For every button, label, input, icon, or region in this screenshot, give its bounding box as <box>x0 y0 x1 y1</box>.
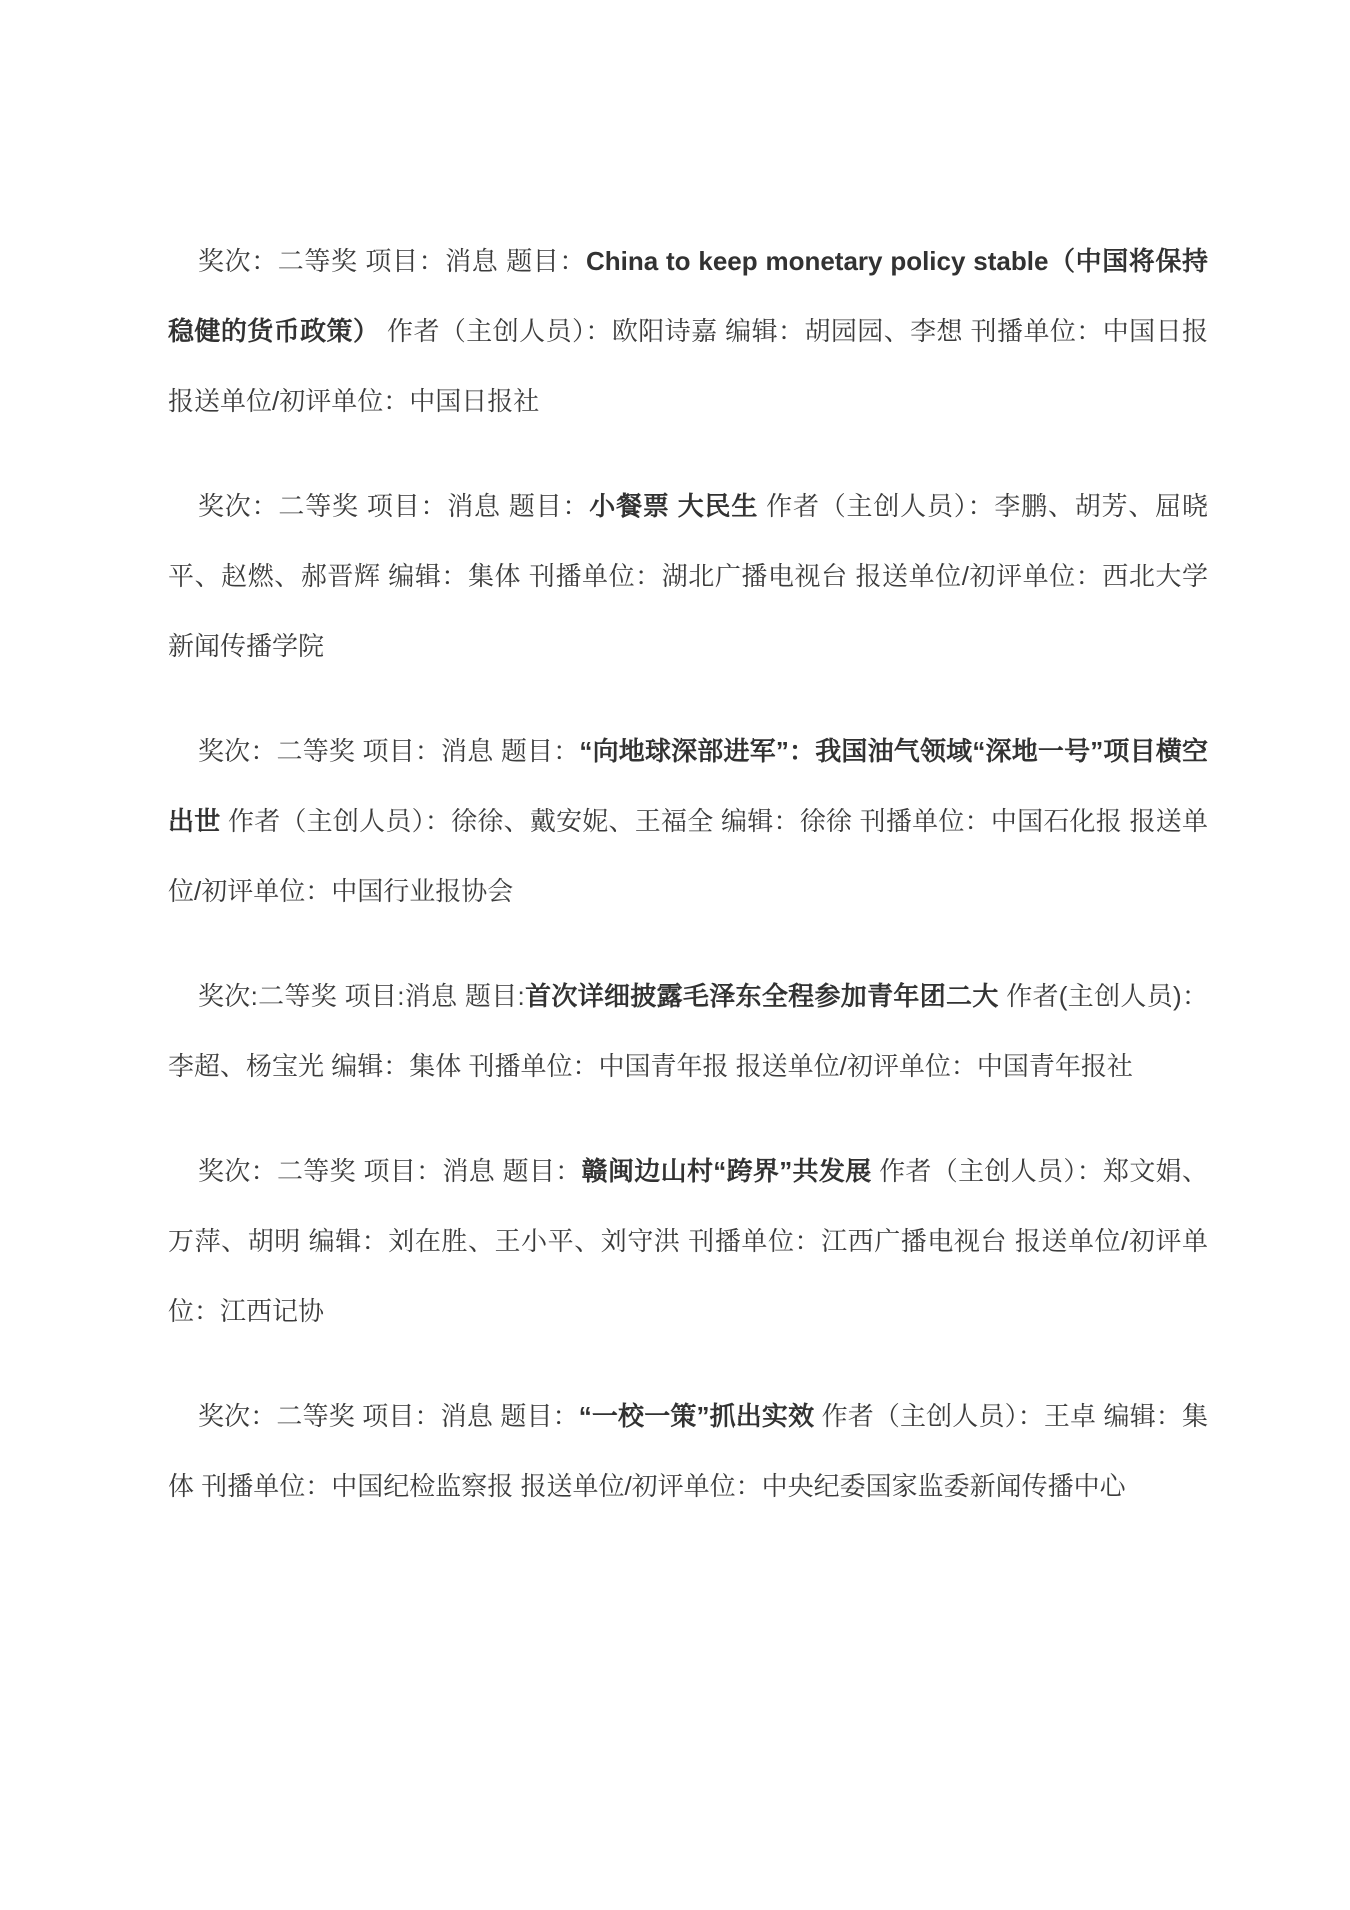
award-entry-3: 奖次：二等奖 项目：消息 题目：“向地球深部进军”：我国油气领域“深地一号”项目… <box>168 716 1208 926</box>
award-entry-prefix: 奖次：二等奖 项目：消息 题目： <box>198 1401 579 1431</box>
document-page: 奖次：二等奖 项目：消息 题目：China to keep monetary p… <box>0 0 1350 1910</box>
award-entry-title: 首次详细披露毛泽东全程参加青年团二大 <box>525 981 999 1011</box>
award-entry-1: 奖次：二等奖 项目：消息 题目：China to keep monetary p… <box>168 226 1208 436</box>
award-entry-prefix: 奖次:二等奖 项目:消息 题目: <box>198 981 525 1011</box>
document-body: 奖次：二等奖 项目：消息 题目：China to keep monetary p… <box>168 226 1208 1556</box>
award-entry-title: 小餐票 大民生 <box>589 491 758 521</box>
award-entry-prefix: 奖次：二等奖 项目：消息 题目： <box>198 736 579 766</box>
award-entry-prefix: 奖次：二等奖 项目：消息 题目： <box>198 491 589 521</box>
award-entry-4: 奖次:二等奖 项目:消息 题目:首次详细披露毛泽东全程参加青年团二大 作者(主创… <box>168 961 1208 1101</box>
award-entry-details: 作者（主创人员）：徐徐、戴安妮、王福全 编辑：徐徐 刊播单位：中国石化报 报送单… <box>168 806 1208 906</box>
award-entry-prefix: 奖次：二等奖 项目：消息 题目： <box>198 1156 582 1186</box>
award-entry-title: 赣闽边山村“跨界”共发展 <box>582 1156 872 1186</box>
award-entry-6: 奖次：二等奖 项目：消息 题目：“一校一策”抓出实效 作者（主创人员）：王卓 编… <box>168 1381 1208 1521</box>
award-entry-title: “一校一策”抓出实效 <box>579 1401 814 1431</box>
award-entry-prefix: 奖次：二等奖 项目：消息 题目： <box>198 246 586 276</box>
award-entry-5: 奖次：二等奖 项目：消息 题目：赣闽边山村“跨界”共发展 作者（主创人员）：郑文… <box>168 1136 1208 1346</box>
award-entry-2: 奖次：二等奖 项目：消息 题目：小餐票 大民生 作者（主创人员）：李鹏、胡芳、屈… <box>168 471 1208 681</box>
